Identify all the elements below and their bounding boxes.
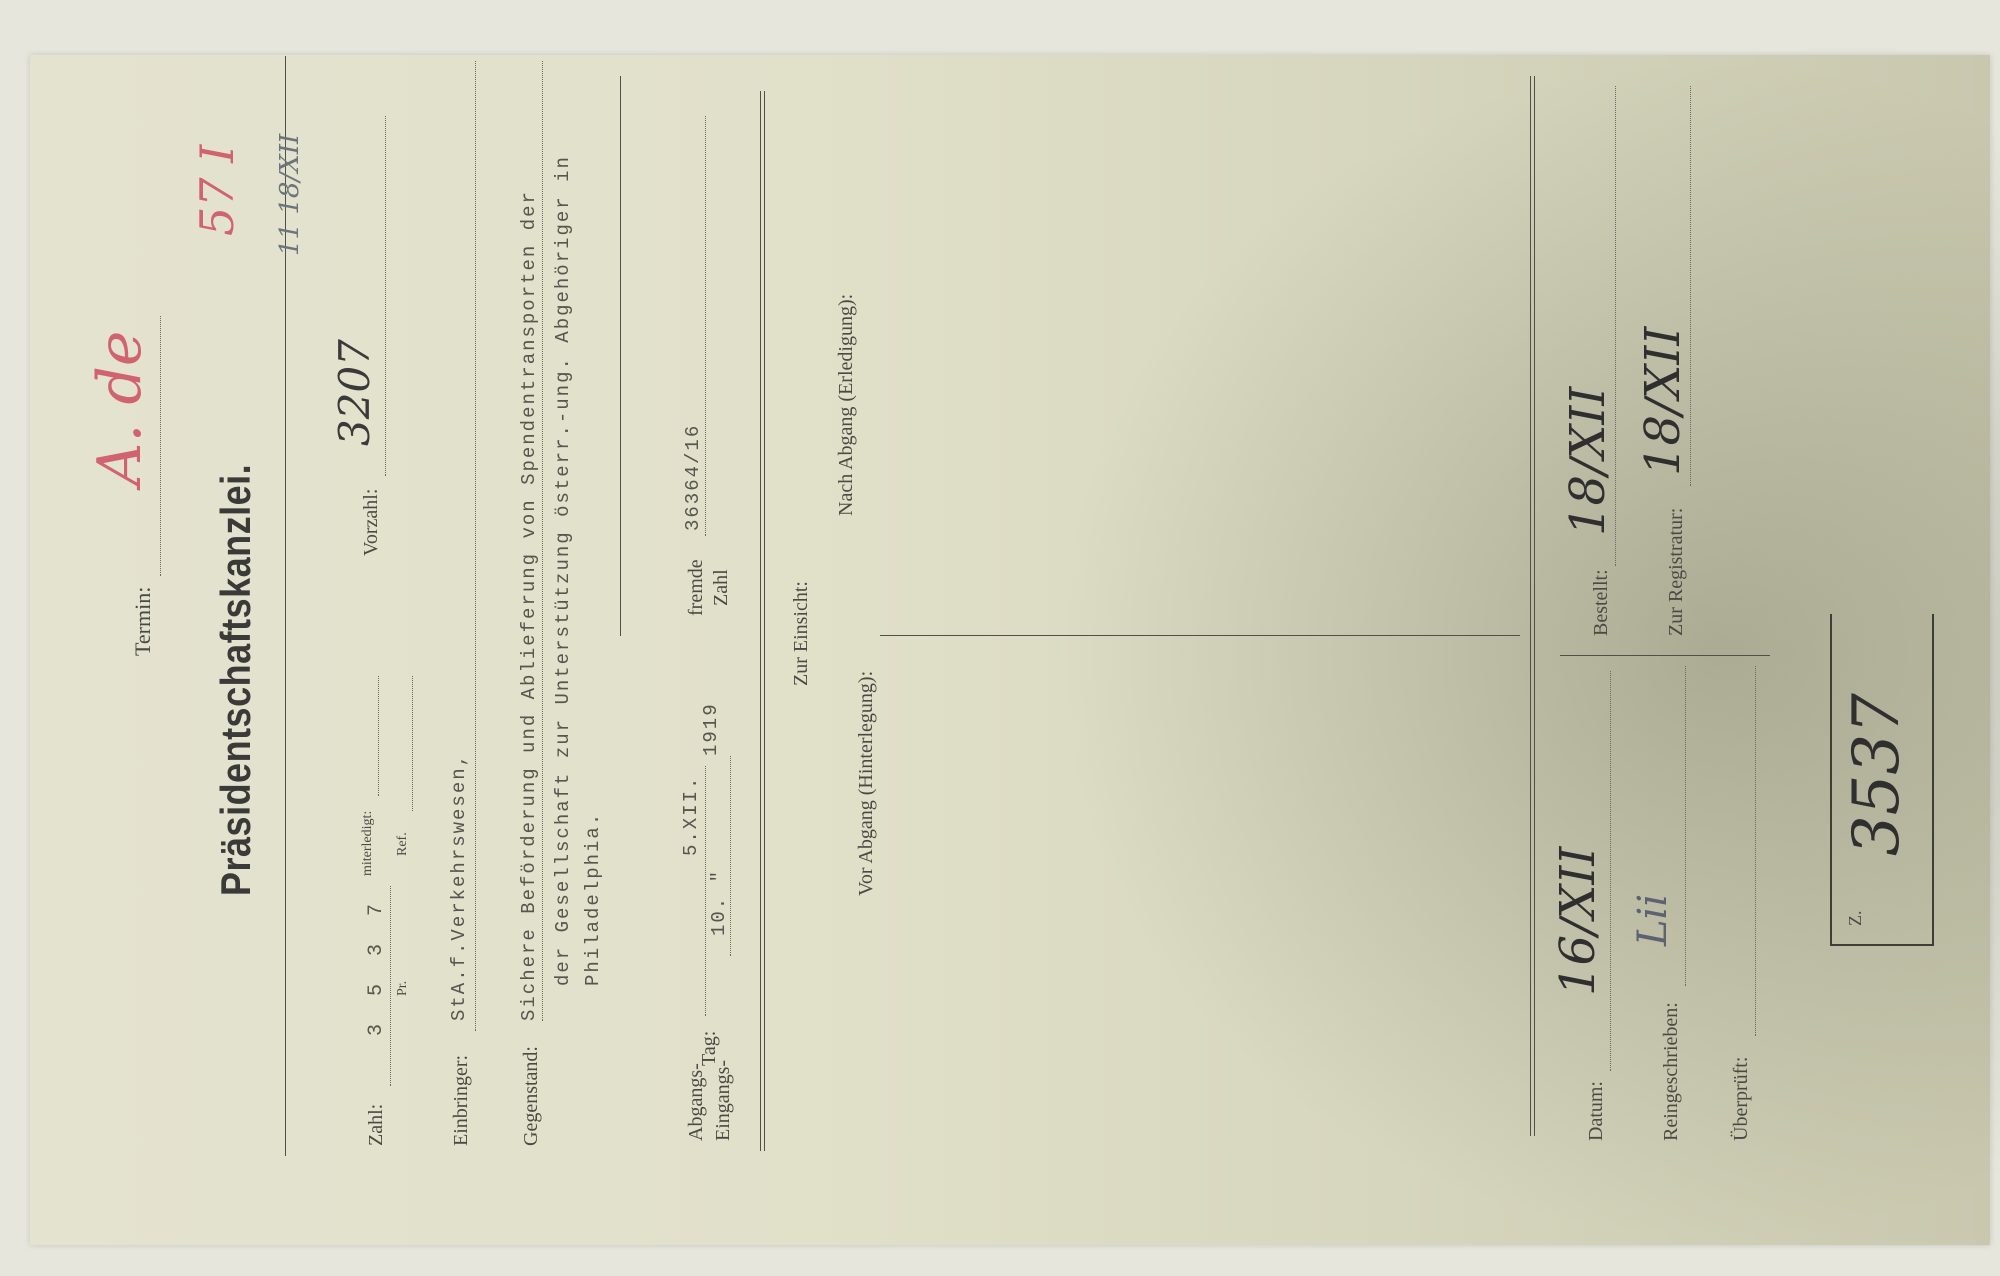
zur-einsicht-label: Zur Einsicht: [790,581,813,686]
fremde-label: fremde [685,559,708,616]
miterledigt-line [378,676,379,796]
fremde-zahl-line [705,116,706,536]
office-title: Präsidentschaftskanzlei. [212,464,260,896]
gegenstand-rule [620,76,621,636]
tag-double-rule [760,91,765,1151]
datum-label: Datum: [1585,1081,1608,1141]
zahl-value: 3 5 3 7 [365,896,388,1036]
datum-value: 16/XII [1550,847,1606,996]
gegenstand-underline-1 [542,61,543,1021]
reingeschrieben-value: Lii [1630,894,1676,946]
year-value: 1919 [700,702,722,756]
einbringer-label: Einbringer: [450,1055,473,1146]
fremde-zahl-value: 36364/16 [682,424,704,531]
reingeschrieben-label: Reingeschrieben: [1660,1002,1683,1141]
eingangs-line [730,756,731,956]
footer-double-rule [1530,76,1535,1136]
gegenstand-line-3: Philadelphia. [582,812,604,986]
termin-red-note: A. de [85,331,155,486]
z-value: 3537 [1840,693,1914,856]
z-label: Z. [1845,911,1866,927]
termin-line [160,316,161,576]
gegenstand-line-2: der Gesellschaft zur Unterstützung öster… [552,155,574,986]
ueberprueft-line [1755,666,1756,1036]
pencil-date-note: 11 18/XII [275,134,305,256]
gegenstand-line-1: Sichere Beförderung und Ablieferung von … [518,190,540,1021]
einbringer-value: StA.f.Verkehrswesen, [448,753,470,1021]
einsicht-divider [880,635,1520,636]
termin-label: Termin: [130,587,156,656]
eingangs-value: 10. " [708,869,730,936]
abgangs-line [705,766,706,1016]
vorzahl-value: 3207 [330,339,379,446]
vorzahl-line [385,116,386,476]
form-sheet: Termin: A. de 57 I Präsidentschaftskanzl… [0,0,2000,1276]
ueberprueft-label: Überprüft: [1730,1057,1753,1141]
bestellt-value: 18/XII [1560,387,1616,536]
footer-divider [1560,655,1770,656]
ref-label: Ref. [395,832,411,856]
eingangs-label: Eingangs- [712,1060,735,1141]
zahl-pr-label: Pr. [395,981,411,996]
zur-registratur-label: Zur Registratur: [1665,508,1688,636]
gegenstand-label: Gegenstand: [520,1046,543,1146]
abgangs-label: Abgangs- [685,1063,708,1141]
ref-line [412,676,413,811]
zur-registratur-value: 18/XII [1635,327,1691,476]
abgangs-value: 5.XII. [680,776,702,856]
vor-abgang-label: Vor Abgang (Hinterlegung): [855,671,878,896]
einbringer-line [475,61,476,1031]
red-note-57: 57 I [190,145,244,236]
nach-abgang-label: Nach Abgang (Erledigung): [835,294,858,516]
reingeschrieben-line [1685,666,1686,986]
zahl-label-2: Zahl [710,569,733,606]
datum-line [1610,671,1611,1071]
zahl-line [390,886,391,1086]
tag-label: Tag: [698,1031,721,1066]
miterledigt-label: miterledigt: [360,811,376,876]
bestellt-label: Bestellt: [1590,569,1613,636]
vorzahl-label: Vorzahl: [360,489,383,556]
zahl-label: Zahl: [365,1104,388,1146]
